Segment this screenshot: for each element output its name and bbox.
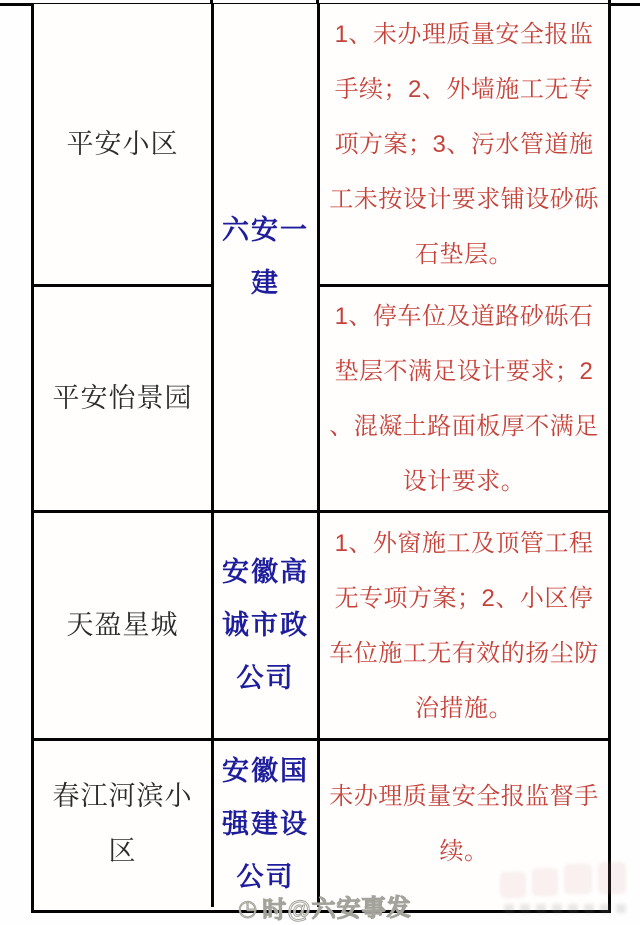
issues-text: 1、未办理质量安全报监手续；2、外墙施工无专项方案；3、污水管道施工未按设计要求…	[329, 7, 599, 282]
project-name-cell: 平安小区	[34, 4, 214, 287]
project-name: 平安怡景园	[53, 371, 193, 426]
issues-cell: 1、未办理质量安全报监手续；2、外墙施工无专项方案；3、污水管道施工未按设计要求…	[320, 4, 608, 287]
contractor-name: 六安一建	[222, 204, 309, 310]
weibo-watermark-text: 时@六安事发	[262, 887, 412, 925]
issues-text: 1、停车位及道路砂砾石垫层不满足设计要求；2、混凝土路面板厚不满足设计要求。	[329, 289, 599, 509]
project-name-cell: 春江河滨小区	[34, 741, 214, 907]
clock-icon: ◷	[238, 895, 259, 921]
project-name: 天盈星城	[67, 598, 179, 653]
contractor-name: 安徽国强建设公司	[222, 745, 309, 904]
issues-text: 1、外窗施工及顶管工程无专项方案；2、小区停车位施工无有效的扬尘防治措施。	[329, 516, 599, 736]
contractor-cell: 安徽国强建设公司	[214, 741, 320, 907]
issues-cell: 1、外窗施工及顶管工程无专项方案；2、小区停车位施工无有效的扬尘防治措施。	[320, 513, 608, 741]
issues-cell: 1、停车位及道路砂砾石垫层不满足设计要求；2、混凝土路面板厚不满足设计要求。	[320, 287, 608, 513]
scanned-document-page: 平安小区 六安一建 1、未办理质量安全报监手续；2、外墙施工无专项方案；3、污水…	[0, 0, 640, 925]
issues-text: 未办理质量安全报监督手续。	[329, 769, 599, 879]
contractor-name: 安徽高诚市政公司	[222, 546, 309, 705]
weibo-watermark: ◷ 时@六安事发	[238, 887, 412, 925]
issues-table: 平安小区 六安一建 1、未办理质量安全报监手续；2、外墙施工无专项方案；3、污水…	[31, 4, 611, 913]
project-name: 春江河滨小区	[42, 769, 203, 879]
issues-cell: 未办理质量安全报监督手续。	[320, 741, 608, 907]
project-name-cell: 天盈星城	[34, 513, 214, 741]
contractor-cell: 安徽高诚市政公司	[214, 513, 320, 741]
contractor-cell-merged: 六安一建	[214, 4, 320, 513]
project-name-cell: 平安怡景园	[34, 287, 214, 513]
project-name: 平安小区	[67, 117, 179, 172]
